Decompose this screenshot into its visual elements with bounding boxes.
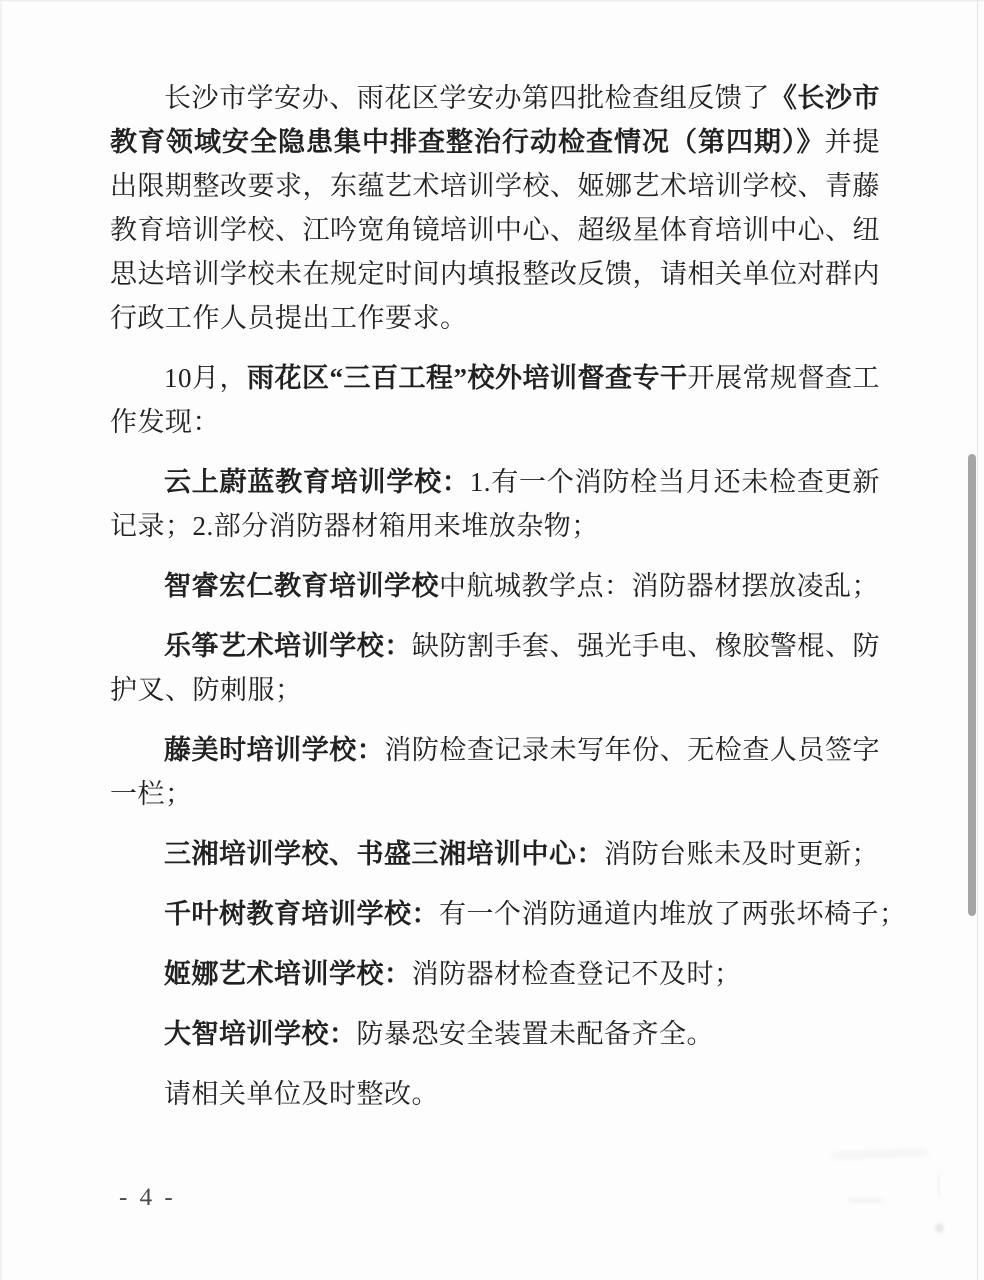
- bold-text-segment: 云上蔚蓝教育培训学校：: [164, 467, 470, 497]
- document-body-text: 长沙市学安办、雨花区学安办第四批检查组反馈了《长沙市教育领域安全隐患集中排查整治…: [110, 76, 880, 1132]
- scan-smudge: [938, 1174, 940, 1196]
- scrollbar-thumb[interactable]: [968, 454, 976, 916]
- paragraph: 云上蔚蓝教育培训学校：1.有一个消防栓当月还未检查更新记录；2.部分消防器材箱用…: [110, 460, 880, 548]
- bold-text-segment: 智睿宏仁教育培训学校: [164, 571, 439, 601]
- body-text-segment: 中航城教学点：消防器材摆放凌乱；: [439, 571, 879, 601]
- paragraph: 智睿宏仁教育培训学校中航城教学点：消防器材摆放凌乱；: [110, 564, 880, 608]
- paragraph: 大智培训学校：防暴恐安全装置未配备齐全。: [110, 1012, 880, 1056]
- bold-text-segment: 姬娜艺术培训学校：: [164, 959, 412, 989]
- paragraph: 10月，雨花区“三百工程”校外培训督查专干开展常规督查工作发现：: [110, 356, 880, 444]
- paragraph: 乐筝艺术培训学校：缺防割手套、强光手电、橡胶警棍、防护叉、防刺服；: [110, 624, 880, 712]
- paragraph: 三湘培训学校、书盛三湘培训中心：消防台账未及时更新；: [110, 832, 880, 876]
- bold-text-segment: 乐筝艺术培训学校：: [164, 631, 412, 661]
- paragraph: 姬娜艺术培训学校：消防器材检查登记不及时；: [110, 952, 880, 996]
- paragraph: 长沙市学安办、雨花区学安办第四批检查组反馈了《长沙市教育领域安全隐患集中排查整治…: [110, 76, 880, 340]
- body-text-segment: 防暴恐安全装置未配备齐全。: [357, 1019, 715, 1049]
- scan-smudge: [935, 1223, 944, 1233]
- scan-smudge: [848, 1198, 882, 1203]
- body-text-segment: 有一个消防通道内堆放了两张坏椅子；: [439, 899, 907, 929]
- paragraph: 千叶树教育培训学校：有一个消防通道内堆放了两张坏椅子；: [110, 892, 880, 936]
- body-text-segment: 消防台账未及时更新；: [604, 839, 879, 869]
- bold-text-segment: 三湘培训学校、书盛三湘培训中心：: [164, 839, 604, 869]
- body-text-segment: 10月，: [164, 363, 247, 393]
- scanned-document-page: 长沙市学安办、雨花区学安办第四批检查组反馈了《长沙市教育领域安全隐患集中排查整治…: [0, 0, 984, 1280]
- page-number: - 4 -: [119, 1184, 176, 1212]
- paragraph: 藤美时培训学校：消防检查记录未写年份、无检查人员签字一栏；: [110, 728, 880, 816]
- bold-text-segment: 大智培训学校：: [164, 1019, 357, 1049]
- bold-text-segment: 千叶树教育培训学校：: [164, 899, 439, 929]
- paragraph: 请相关单位及时整改。: [110, 1072, 880, 1116]
- scrollbar-track[interactable]: [964, 0, 978, 1280]
- page-left-edge: [0, 0, 3, 1280]
- scan-smudge: [832, 1148, 928, 1159]
- body-text-segment: 请相关单位及时整改。: [164, 1079, 439, 1109]
- body-text-segment: 长沙市学安办、雨花区学安办第四批检查组反馈了: [164, 83, 770, 113]
- bold-text-segment: 雨花区“三百工程”校外培训督查专干: [247, 363, 688, 393]
- page-top-edge: [0, 0, 984, 2]
- body-text-segment: 消防器材检查登记不及时；: [412, 959, 742, 989]
- body-text-segment: 并提出限期整改要求，东蕴艺术培训学校、姬娜艺术培训学校、青藤教育培训学校、江吟宽…: [110, 127, 880, 333]
- bold-text-segment: 藤美时培训学校：: [164, 735, 384, 765]
